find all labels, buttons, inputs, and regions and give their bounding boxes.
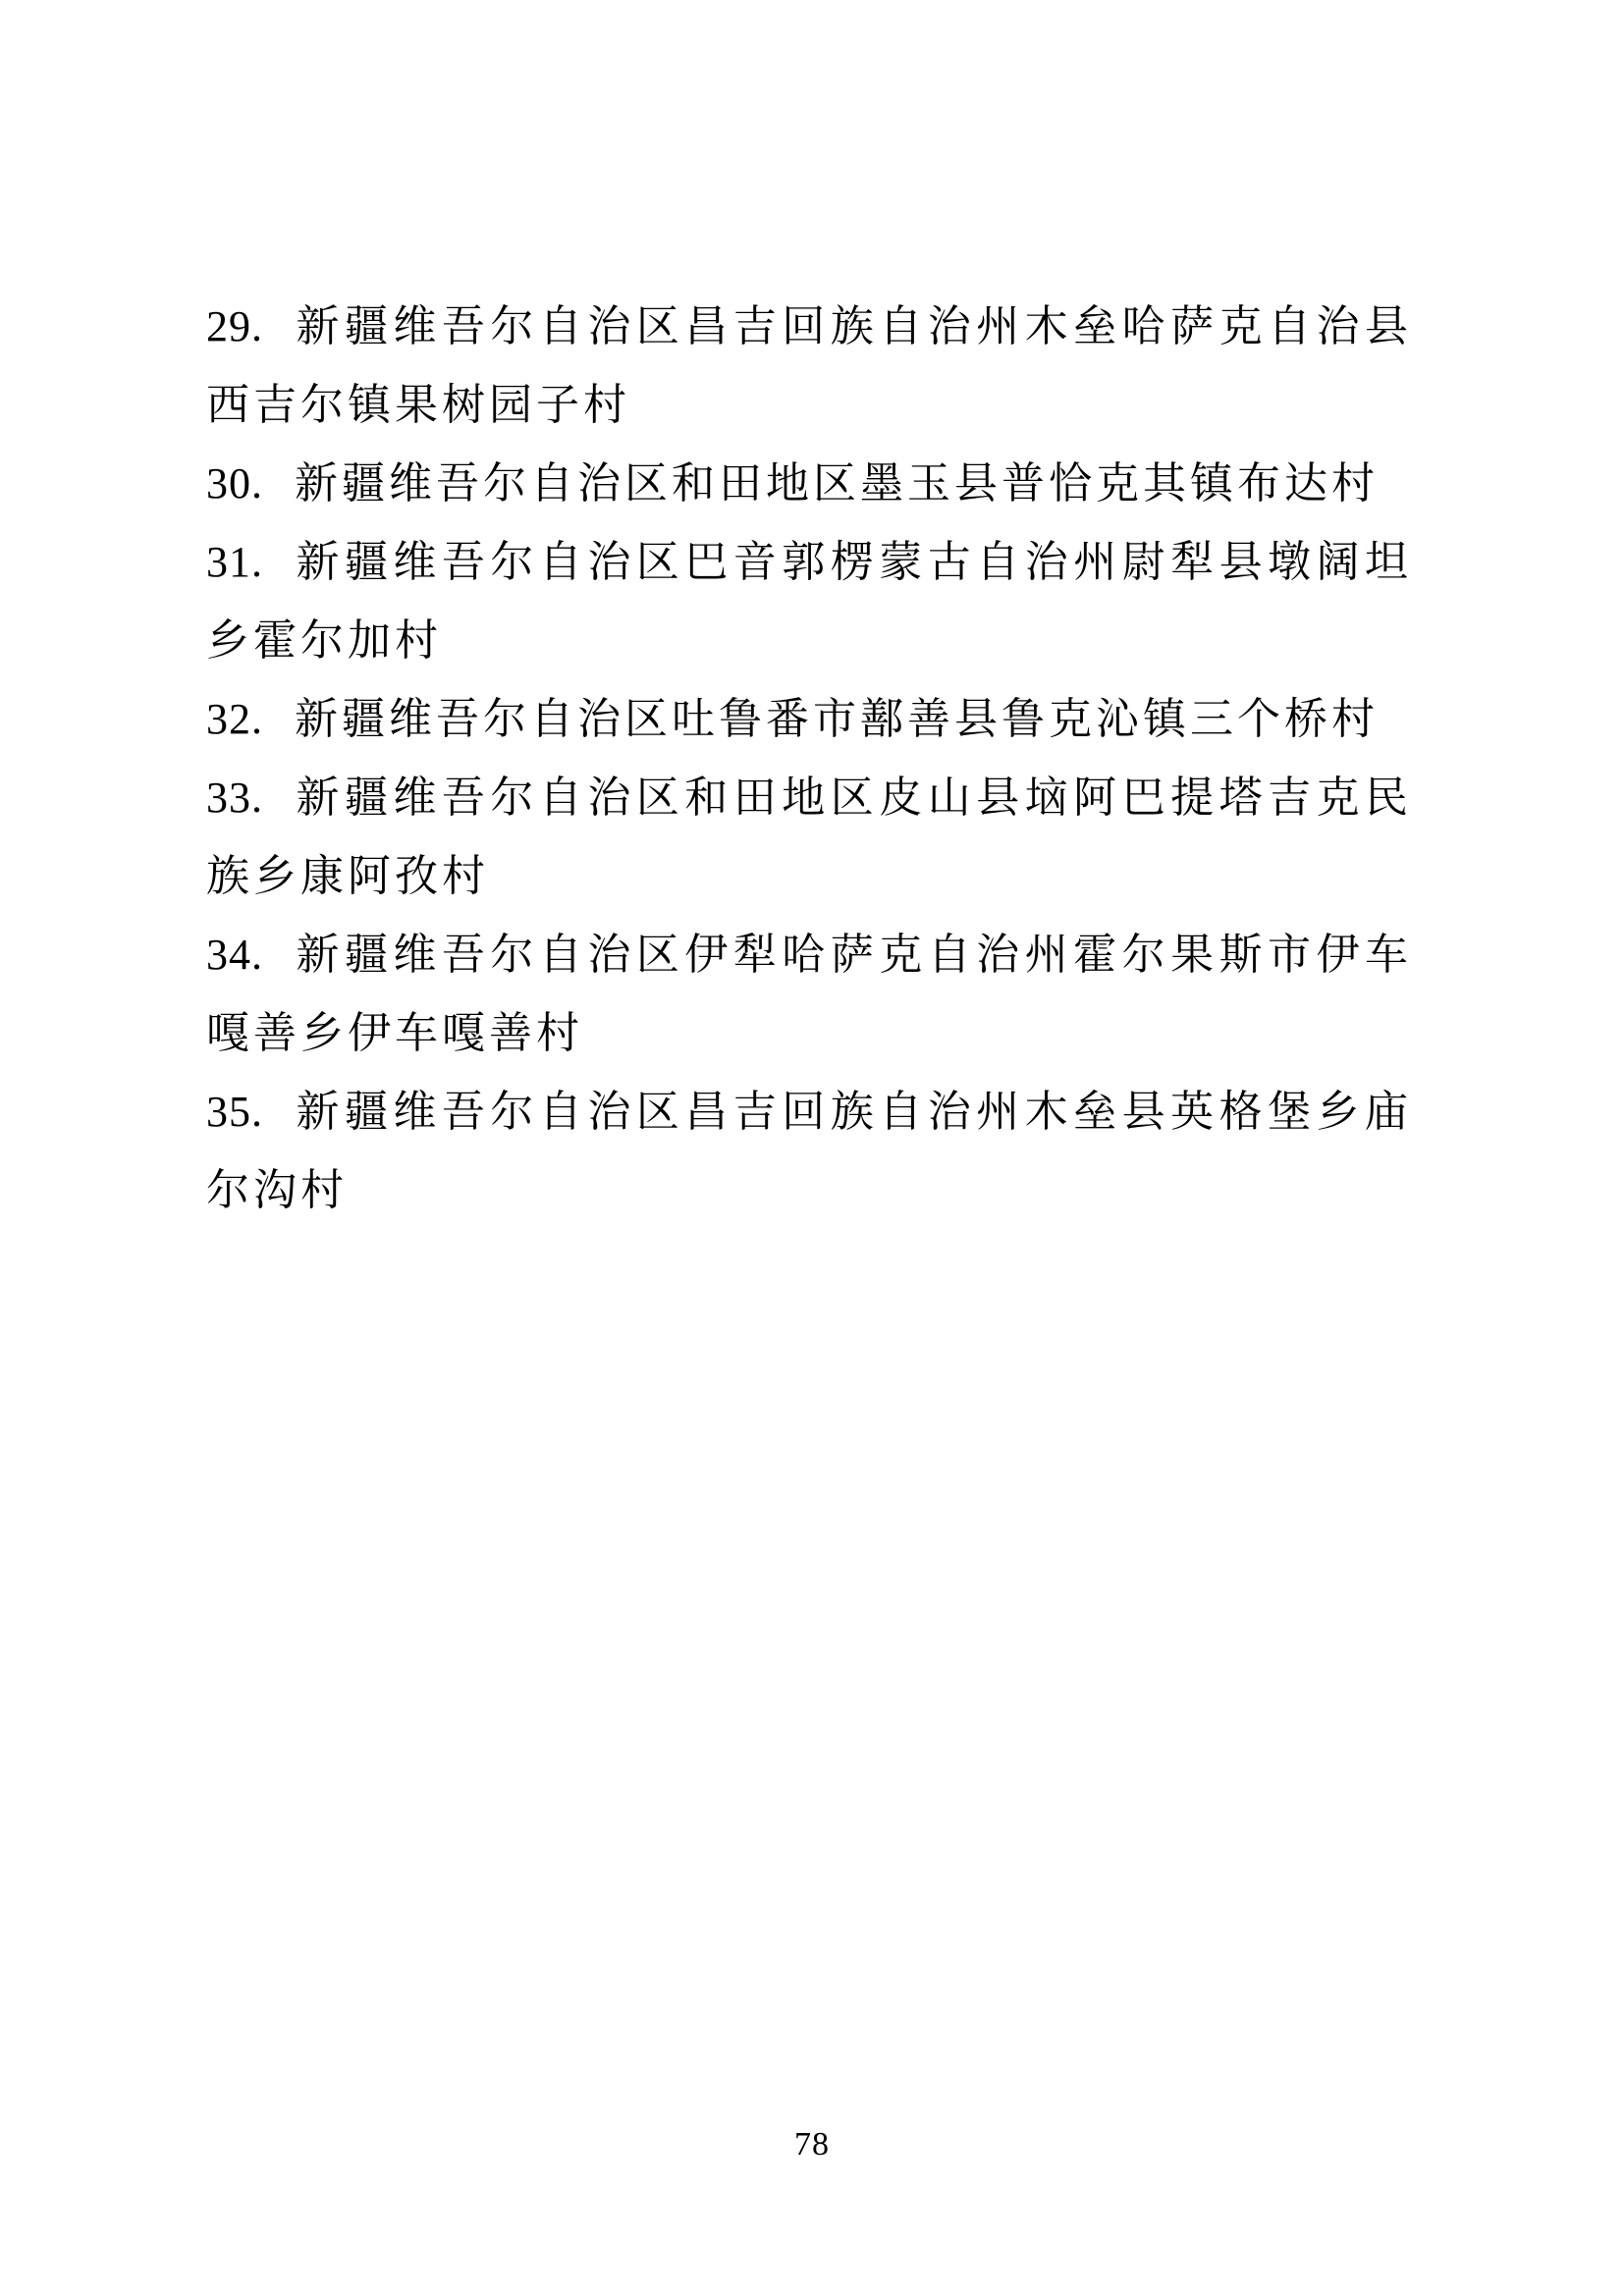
item-text: 新疆维吾尔自治区和田地区墨玉县普恰克其镇布达村 [295,459,1379,507]
item-number: 32. [206,680,295,759]
item-number: 30. [206,445,295,523]
list-item: 34.新疆维吾尔自治区伊犁哈萨克自治州霍尔果斯市伊车嘎善乡伊车嘎善村 [206,916,1412,1073]
item-number: 31. [206,523,295,602]
list-item: 33.新疆维吾尔自治区和田地区皮山县垴阿巴提塔吉克民族乡康阿孜村 [206,759,1412,916]
list-item: 35.新疆维吾尔自治区昌吉回族自治州木垒县英格堡乡庙尔沟村 [206,1073,1412,1230]
document-page: 29.新疆维吾尔自治区昌吉回族自治州木垒哈萨克自治县西吉尔镇果树园子村 30.新… [0,0,1624,2296]
village-list: 29.新疆维吾尔自治区昌吉回族自治州木垒哈萨克自治县西吉尔镇果树园子村 30.新… [206,288,1412,1230]
item-text: 新疆维吾尔自治区伊犁哈萨克自治州霍尔果斯市伊车嘎善乡伊车嘎善村 [206,931,1412,1057]
item-number: 29. [206,288,295,366]
list-item: 32.新疆维吾尔自治区吐鲁番市鄯善县鲁克沁镇三个桥村 [206,680,1412,759]
item-text: 新疆维吾尔自治区昌吉回族自治州木垒县英格堡乡庙尔沟村 [206,1088,1412,1214]
list-item: 31.新疆维吾尔自治区巴音郭楞蒙古自治州尉犁县墩阔坦乡霍尔加村 [206,523,1412,680]
page-number: 78 [794,2126,830,2163]
item-text: 新疆维吾尔自治区和田地区皮山县垴阿巴提塔吉克民族乡康阿孜村 [206,774,1412,900]
item-number: 34. [206,916,295,994]
item-number: 35. [206,1073,295,1151]
list-item: 29.新疆维吾尔自治区昌吉回族自治州木垒哈萨克自治县西吉尔镇果树园子村 [206,288,1412,445]
item-text: 新疆维吾尔自治区巴音郭楞蒙古自治州尉犁县墩阔坦乡霍尔加村 [206,538,1412,665]
page-footer: 78 [0,2125,1624,2164]
list-item: 30.新疆维吾尔自治区和田地区墨玉县普恰克其镇布达村 [206,445,1412,523]
item-number: 33. [206,759,295,837]
item-text: 新疆维吾尔自治区昌吉回族自治州木垒哈萨克自治县西吉尔镇果树园子村 [206,302,1412,429]
item-text: 新疆维吾尔自治区吐鲁番市鄯善县鲁克沁镇三个桥村 [295,695,1379,743]
